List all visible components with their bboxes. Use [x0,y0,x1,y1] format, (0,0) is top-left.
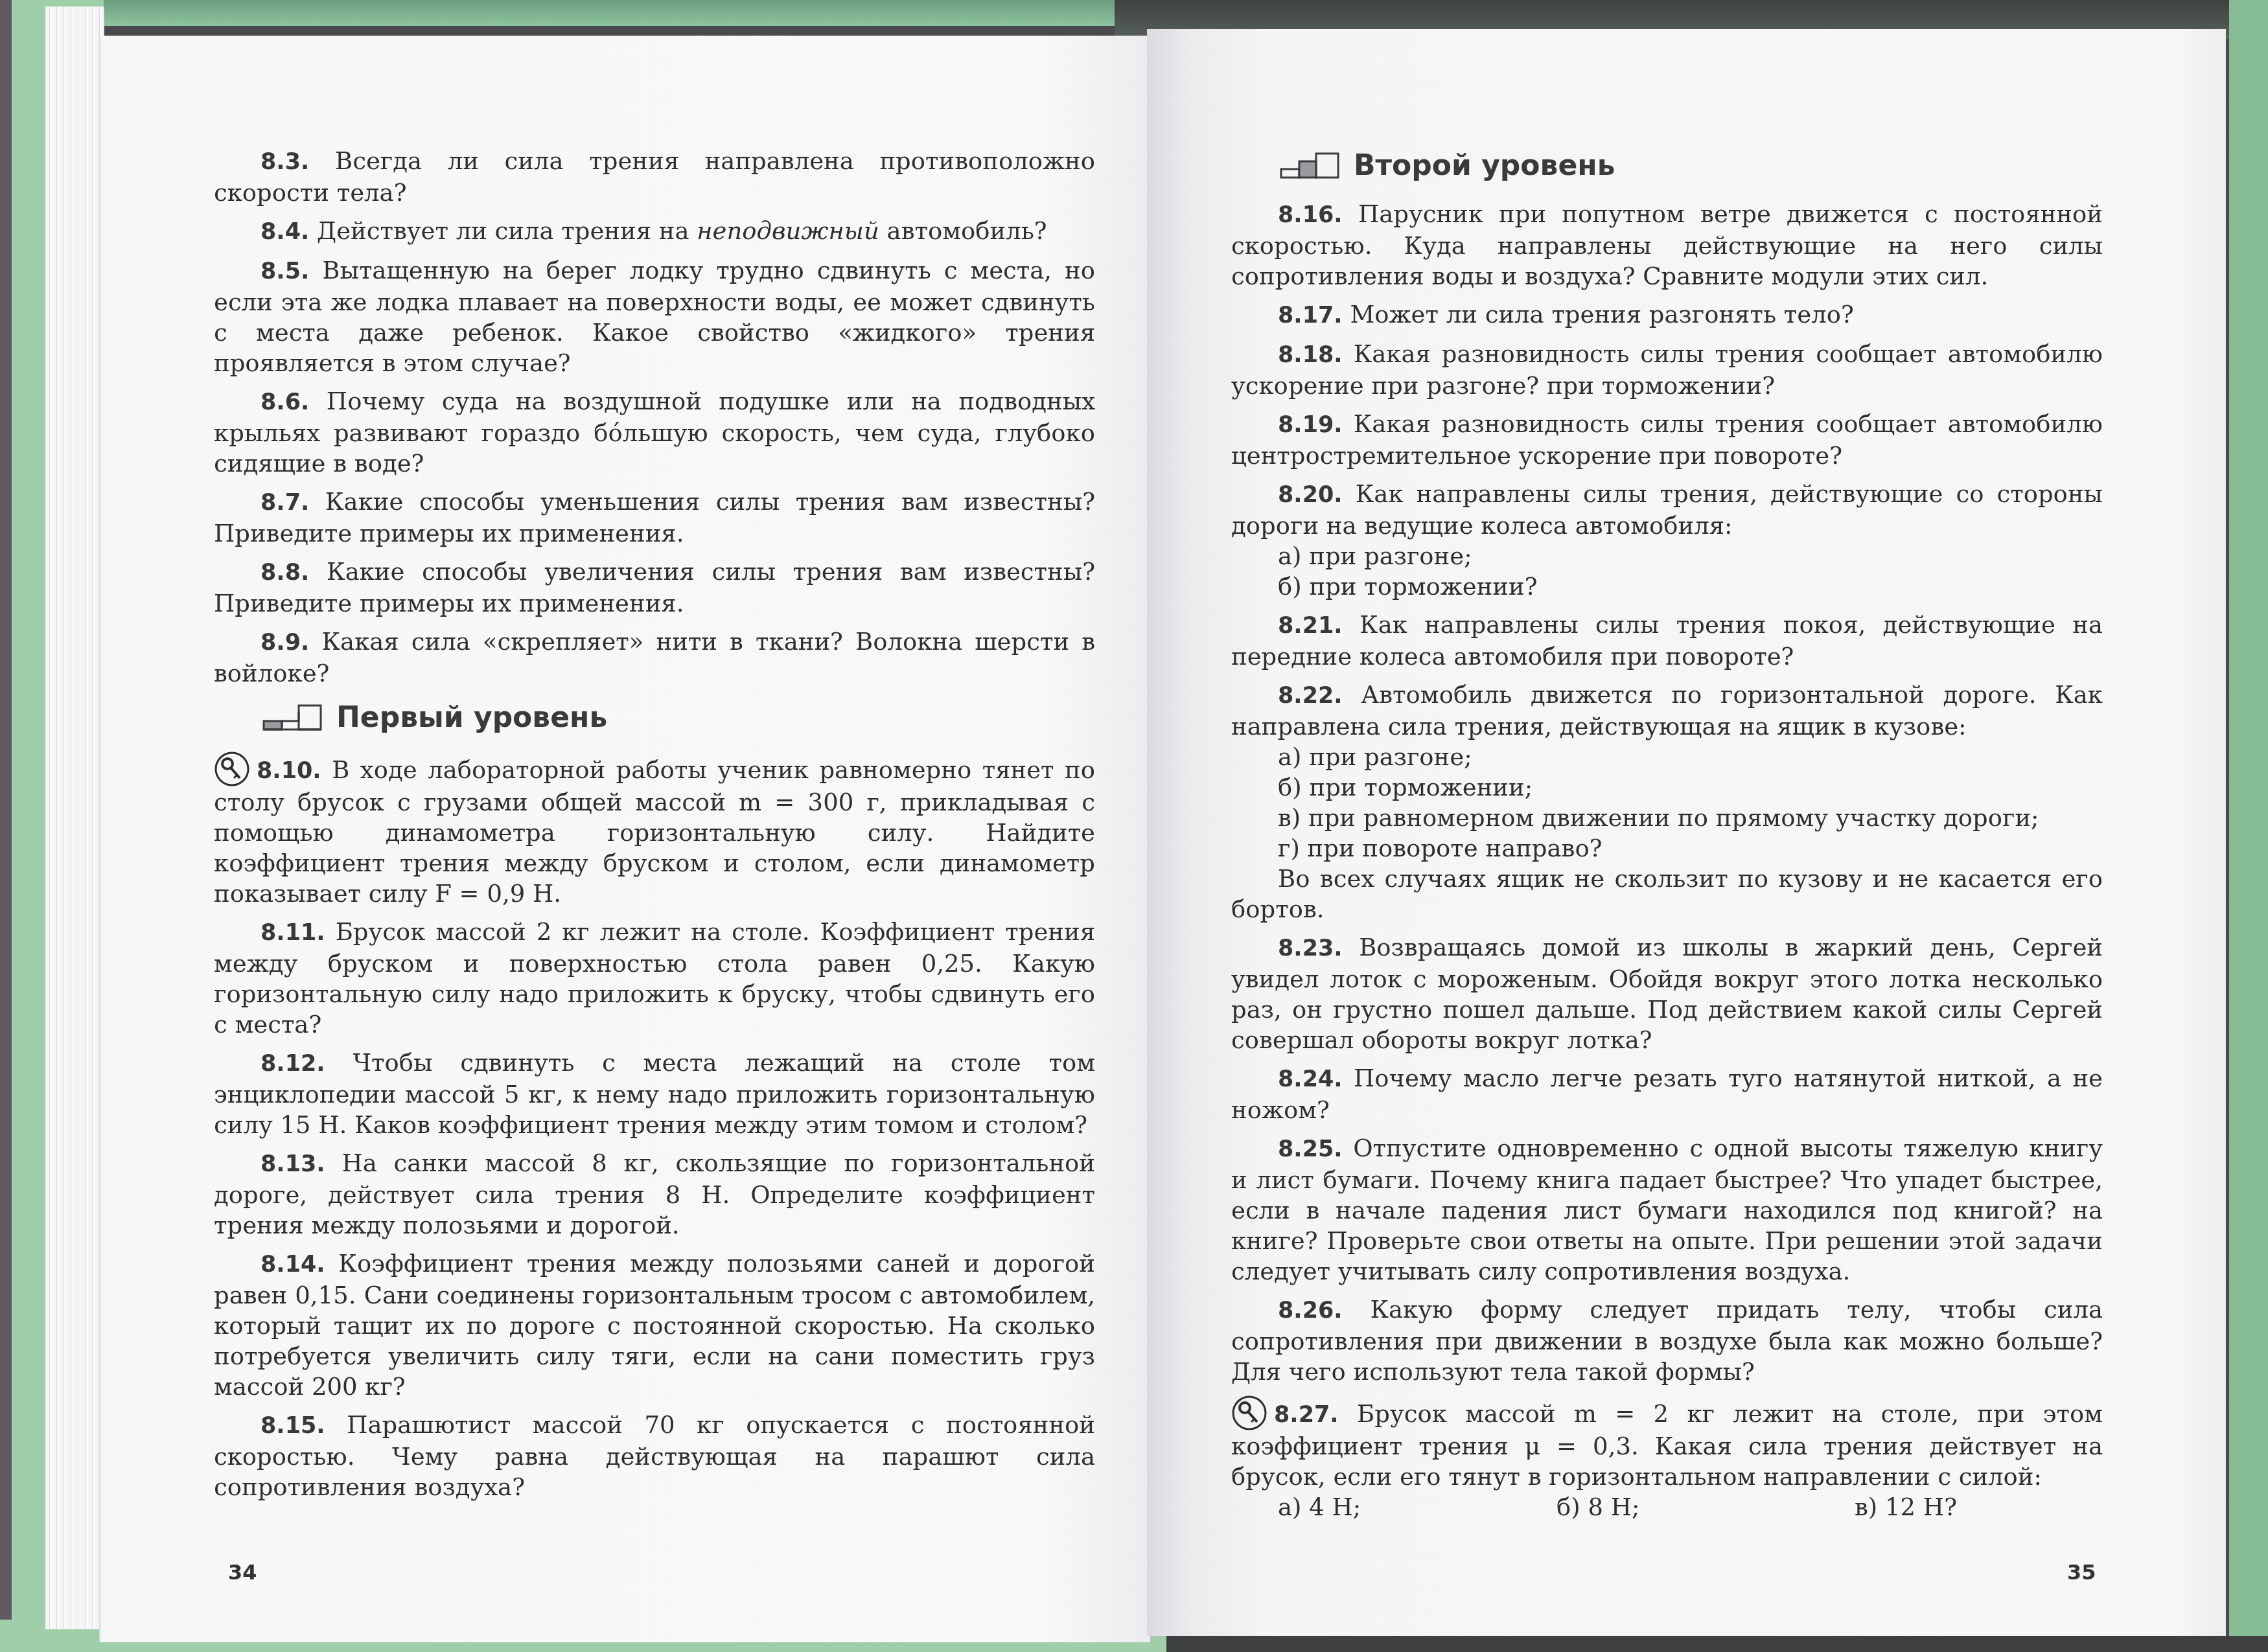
problem-8-13: 8.13. На санки массой 8 кг, скользящие п… [214,1148,1095,1241]
stairs-icon [262,703,325,731]
problem-8-25: 8.25. Отпустите одновременно с одной выс… [1231,1133,2103,1287]
page-number-left: 34 [228,1560,257,1585]
problem-8-17: 8.17. Может ли сила трения разгонять тел… [1231,299,2103,331]
problem-8-10: 8.10. В ходе лабораторной работы ученик … [214,751,1095,909]
problem-8-22-note: Во всех случаях ящик не скользит по кузо… [1231,864,2103,924]
problem-8-12: 8.12. Чтобы сдвинуть с места лежащий на … [214,1048,1095,1140]
stairs-icon [1280,151,1342,179]
problem-8-9: 8.9. Какая сила «скрепляет» нити в ткани… [214,626,1095,689]
problem-8-23: 8.23. Возвращаясь домой из школы в жарки… [1231,932,2103,1055]
problem-8-22-option-b: б) при торможении; [1231,772,2103,803]
problem-8-4: 8.4. Действует ли сила трения на неподви… [214,216,1095,247]
left-page-text: 8.3. Всегда ли сила трения направлена пр… [214,146,1095,1510]
problem-8-14: 8.14. Коэффициент трения между полозьями… [214,1248,1095,1402]
problem-8-22-option-d: г) при повороте направо? [1231,833,2103,864]
background-green-top [104,0,1115,26]
problem-8-20-option-a: а) при разгоне; [1231,541,2103,571]
problem-8-5: 8.5. Вытащенную на берег лодку трудно сд… [214,255,1095,378]
problem-8-18: 8.18. Какая разновидность силы трения со… [1231,339,2103,401]
background-green-cover-right [2229,0,2268,1652]
problem-8-3: 8.3. Всегда ли сила трения направлена пр… [214,146,1095,208]
problem-8-21: 8.21. Как направлены силы трения покоя, … [1231,610,2103,672]
problem-8-24: 8.24. Почему масло легче резать туго нат… [1231,1063,2103,1125]
problem-8-22-option-c: в) при равномерном движении по прямому у… [1231,803,2103,833]
right-page-text: Второй уровень 8.16. Парусник при попутн… [1231,146,2103,1522]
section-heading-level-1: Первый уровень [214,698,1095,737]
key-circle-icon [214,751,250,787]
problem-8-27: 8.27. Брусок массой m = 2 кг лежит на ст… [1231,1395,2103,1492]
problem-8-6: 8.6. Почему суда на воздушной подушке ил… [214,386,1095,479]
section-heading-text: Второй уровень [1354,150,1615,181]
problem-8-8: 8.8. Какие способы увеличения силы трени… [214,556,1095,619]
problem-8-15: 8.15. Парашютист массой 70 кг опускается… [214,1410,1095,1502]
problem-8-19: 8.19. Какая разновидность силы трения со… [1231,409,2103,471]
problem-8-20: 8.20. Как направлены силы трения, действ… [1231,479,2103,541]
problem-8-22: 8.22. Автомобиль движется по горизонталь… [1231,680,2103,742]
problem-8-22-option-a: а) при разгоне; [1231,742,2103,772]
problem-8-16: 8.16. Парусник при попутном ветре движет… [1231,199,2103,292]
emphasis-text: неподвижный [697,217,879,245]
problem-8-27-option-a: а) 4 Н; [1278,1492,1556,1522]
problem-8-27-option-b: б) 8 Н; [1556,1492,1855,1522]
problem-8-27-option-c: в) 12 Н? [1855,1492,1957,1522]
page-number-right: 35 [2067,1560,2096,1585]
problem-8-11: 8.11. Брусок массой 2 кг лежит на столе.… [214,917,1095,1040]
key-circle-icon [1231,1395,1267,1431]
background-dark-bottom [1166,1636,2268,1652]
section-heading-level-2: Второй уровень [1231,146,2103,185]
problem-8-26: 8.26. Какую форму следует придать телу, … [1231,1294,2103,1387]
problem-8-7: 8.7. Какие способы уменьшения силы трени… [214,487,1095,549]
problem-8-27-options: а) 4 Н; б) 8 Н; в) 12 Н? [1231,1492,2103,1522]
section-heading-text: Первый уровень [336,702,607,733]
problem-8-20-option-b: б) при торможении? [1231,571,2103,602]
book-page-edges [45,6,104,1629]
